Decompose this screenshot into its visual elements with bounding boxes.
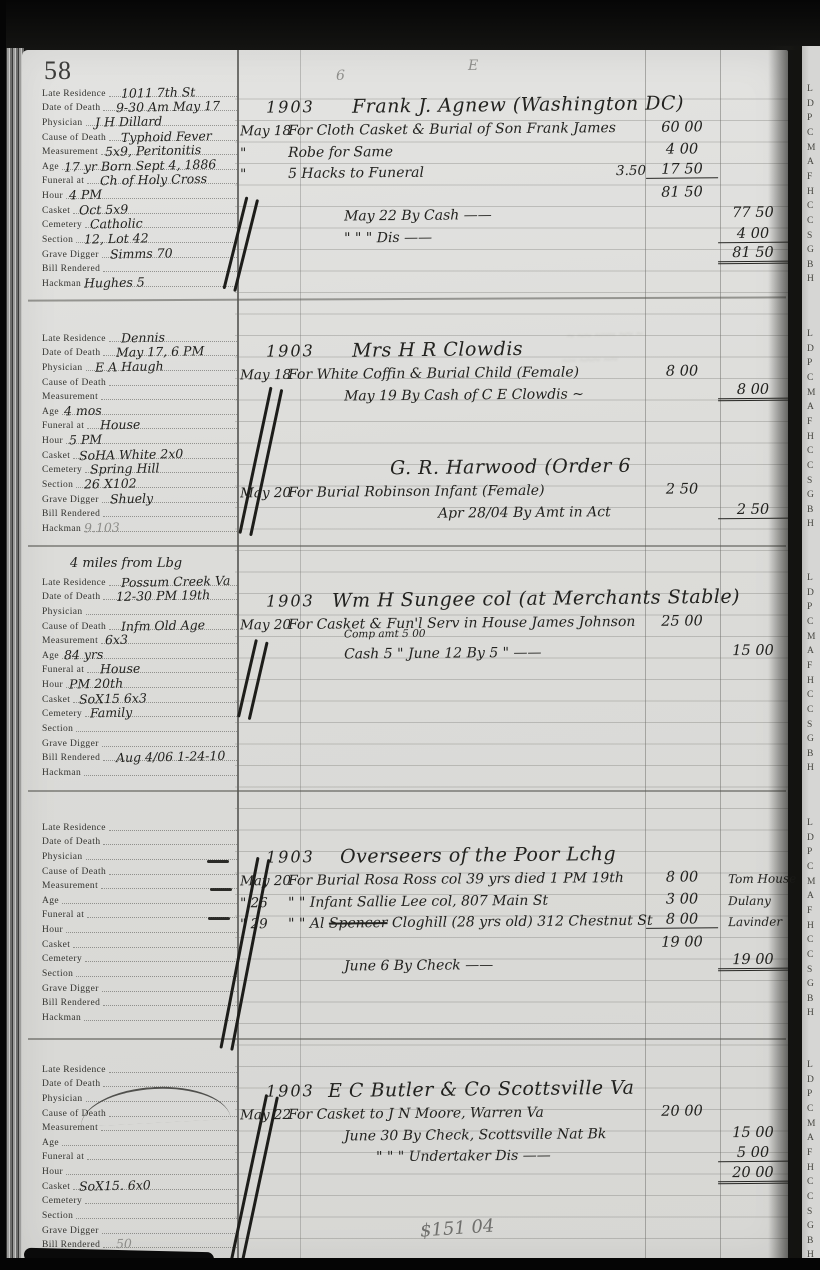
field-label: Hackman [42,768,81,778]
field-row: Late ResidencePossum Creek Va [42,573,238,588]
field-value-ink: Hughes 5 [84,274,145,290]
ledger-entry: 1903Overseers of the Poor LchgMay 20For … [240,838,788,973]
field-label: Bill Rendered [42,753,100,763]
field-row: CasketSoX15 6x3 [42,690,238,705]
amount-charged: 2 50 [646,481,718,498]
field-row: Physician [42,1089,238,1104]
next-page-label-letter: G [807,1221,814,1231]
field-value-ink: 6x3 [105,632,128,647]
next-page-label-letter: G [807,734,814,744]
field-row: Hackman [42,763,238,778]
field-label: Measurement [42,881,98,891]
line-description: May 19 By Cash of C E Clowdis ~ [288,385,608,404]
dotted-leader [109,96,237,97]
dotted-leader [86,614,237,615]
dotted-leader [101,888,237,889]
next-page-label-letter: C [807,690,813,700]
field-label: Hackman [42,279,81,289]
dotted-leader [103,1005,237,1006]
field-label: Measurement [42,147,98,157]
next-page-label-letter: C [807,1104,813,1114]
dotted-leader [85,227,237,228]
line-description: Apr 28/04 By Amt in Act [288,503,608,522]
record-field-column: Late ResidenceDate of DeathPhysicianCaus… [42,818,238,1023]
field-row: Funeral atHouse [42,417,238,432]
ledger-line: Apr 28/04 By Amt in Act2 50 [240,496,788,522]
dotted-leader [73,213,237,214]
field-row: Grave Digger [42,734,238,749]
field-label: Date of Death [42,1079,100,1089]
field-label: Casket [42,451,70,461]
next-page-label-letter: M [807,632,815,642]
field-label: Casket [42,940,70,950]
dotted-leader [103,110,237,111]
field-row: Cause of DeathInfm Old Age [42,617,238,632]
field-row: Measurement [42,1119,238,1134]
field-label: Cause of Death [42,378,106,388]
next-page-label-letter: D [807,344,814,354]
dotted-leader [87,1159,237,1160]
field-row: Hour [42,920,238,935]
amount-charged [646,1183,718,1184]
next-page-label-letter: A [807,402,814,412]
field-label: Cause of Death [42,622,106,632]
dotted-leader [76,976,237,977]
field-label: Late Residence [42,89,106,99]
amount-charged: 8 00 [646,911,718,929]
dotted-leader [103,271,237,272]
field-label: Grave Digger [42,1226,99,1236]
dotted-leader [101,643,237,644]
field-label: Section [42,1211,73,1221]
next-page-label-letter: C [807,935,813,945]
block-separator [28,545,786,547]
field-row: Cemetery [42,950,238,965]
entry-year: 1903 [266,847,315,867]
field-label: Physician [42,607,83,617]
book-gutter-shadow [768,46,802,1264]
ledger-scan: 58 6 E ~ ~~ ~~~ ~~ ~ ~~ ~~~ ~~ ~~ ~~ ~~~… [0,0,820,1270]
dotted-leader [73,458,237,459]
next-page-label-letter: C [807,128,813,138]
field-row: Funeral atCh of Holy Cross [42,172,238,187]
stray-pencil-mark: 6 [336,68,345,84]
field-row: Late Residence [42,818,238,833]
dotted-leader [86,125,237,126]
field-label: Physician [42,1094,83,1104]
next-page-label-letter: S [807,720,812,730]
field-row: Hour5 PM [42,431,238,446]
next-page-label-letter: C [807,446,813,456]
next-page-label-letter: C [807,705,813,715]
line-date: " [240,165,288,181]
ledger-entry: 1903Wm H Sungee col (at Merchants Stable… [240,582,788,660]
struck-word: Spencer [329,915,388,932]
next-page-label-letter: S [807,965,812,975]
dotted-leader [76,1218,237,1219]
next-page-label-letter: P [807,113,812,123]
field-row: Late Residence [42,1060,238,1075]
field-label: Physician [42,363,83,373]
amount-charged [646,658,718,659]
dotted-leader [103,1086,237,1087]
next-page-label-letter: C [807,373,813,383]
next-page-label-letter: F [807,1148,812,1158]
dotted-leader [62,658,237,659]
field-row: Measurement5x9, Peritonitis [42,143,238,158]
field-label: Grave Digger [42,495,99,505]
field-row: Bill Rendered [42,505,238,520]
next-page-label-letter: D [807,588,814,598]
stray-pencil-mark: E [468,58,478,74]
dotted-leader [103,355,237,356]
field-row: Age84 yrs [42,646,238,661]
dotted-leader [76,487,237,488]
field-row: CasketSoX15. 6x0 [42,1177,238,1192]
field-row: Age4 mos [42,402,238,417]
field-row: CemeteryFamily [42,705,238,720]
dotted-leader [103,844,237,845]
next-page-label-letter: B [807,505,813,515]
dotted-leader [103,1247,237,1248]
next-page-label-letter: L [807,329,813,339]
next-page-label-letter: C [807,1177,813,1187]
field-label: Hour [42,680,63,690]
next-page-label-letter: C [807,950,813,960]
dotted-leader [101,1130,237,1131]
field-row: Grave Digger [42,979,238,994]
field-row: Hackman9.103 [42,519,238,534]
field-row: Late ResidenceDennis [42,329,238,344]
field-row: Casket [42,935,238,950]
next-page-label-letter: C [807,216,813,226]
dotted-leader [109,1072,237,1073]
field-row: Section12, Lot 42 [42,230,238,245]
field-row: HourPM 20th [42,675,238,690]
dotted-leader [62,169,237,170]
ledger-line: 20 00 [240,1161,788,1187]
field-label: Grave Digger [42,250,99,260]
ledger-entry: G. R. Harwood (Order 6May 20For Burial R… [240,450,788,520]
scan-border-top [0,0,820,50]
dotted-leader [109,140,237,141]
dotted-leader [102,746,237,747]
next-page-label-letter: S [807,1207,812,1217]
dotted-leader [103,599,237,600]
field-value-ink: 5 PM [69,432,102,448]
field-row: Bill RenderedAug 4/06 1-24-10 [42,749,238,764]
dotted-leader [66,443,237,444]
amount-charged [646,400,718,401]
field-row: CasketOct 5x9 [42,201,238,216]
amount-charged: 17 50 [646,161,718,179]
ledger-line: May 19 By Cash of C E Clowdis ~8 00 [240,378,788,404]
field-label: Physician [42,852,83,862]
field-label: Section [42,235,73,245]
field-row: Measurement6x3 [42,632,238,647]
field-label: Cause of Death [42,1109,106,1119]
next-page-label-letter: L [807,573,813,583]
dotted-leader [84,286,237,287]
field-label: Bill Rendered [42,264,100,274]
dotted-leader [109,341,237,342]
next-page-label-letter: C [807,201,813,211]
scan-border-bottom [0,1258,820,1270]
field-row: Age [42,891,238,906]
dotted-leader [102,257,237,258]
field-row: Grave DiggerSimms 70 [42,245,238,260]
field-row: CemeteryCatholic [42,216,238,231]
ledger-line: 81 50 [240,242,788,268]
field-value-ink: 9.103 [84,520,120,536]
field-row: Cause of DeathTyphoid Fever [42,128,238,143]
field-row: CasketSoHA White 2x0 [42,446,238,461]
field-label: Casket [42,1182,70,1192]
field-label: Late Residence [42,334,106,344]
field-label: Cemetery [42,220,82,230]
field-label: Cause of Death [42,867,106,877]
field-label: Age [42,1138,59,1148]
dotted-leader [86,859,237,860]
field-label: Bill Rendered [42,998,100,1008]
field-row: Grave DiggerShuely [42,490,238,505]
field-row: PhysicianJ H Dillard [42,113,238,128]
amount-charged: 3 00 [646,890,718,907]
field-row: HackmanHughes 5 [42,274,238,289]
next-page-label-letter: H [807,1008,814,1018]
next-page-label-letter: B [807,1236,813,1246]
residence-note: 4 miles from Lbg [70,556,182,571]
entry-year: 1903 [266,591,315,611]
dotted-leader [73,947,237,948]
next-page-label-letter: D [807,99,814,109]
field-label: Funeral at [42,665,84,675]
field-row: Cemetery [42,1192,238,1207]
field-label: Date of Death [42,837,100,847]
next-page-label-letter: H [807,676,814,686]
entry-year: 1903 [266,1081,315,1101]
ledger-line: Cash 5 " June 12 By 5 " ——15 00 [240,636,788,662]
field-label: Grave Digger [42,739,99,749]
field-label: Date of Death [42,348,100,358]
block-separator [28,790,786,792]
line-date: May 18 [240,122,288,138]
field-label: Funeral at [42,421,84,431]
ledger-page: 58 6 E ~ ~~ ~~~ ~~ ~ ~~ ~~~ ~~ ~~ ~~ ~~~… [22,50,788,1262]
dotted-leader [109,830,237,831]
dotted-leader [76,731,237,732]
dotted-leader [87,428,237,429]
page-number: 58 [44,56,72,86]
field-row: Date of Death [42,1075,238,1090]
entry-year: 1903 [266,341,315,361]
dotted-leader [84,1020,237,1021]
field-label: Grave Digger [42,984,99,994]
record-field-column: Late Residence1011 7th StDate of Death9-… [42,84,238,289]
field-row: Section [42,1206,238,1221]
field-row: Physician [42,602,238,617]
field-row: Bill Rendered [42,994,238,1009]
dotted-leader [85,961,237,962]
dotted-leader [87,183,237,184]
field-row: Measurement [42,388,238,403]
field-label: Measurement [42,392,98,402]
next-page-label-letter: S [807,476,812,486]
field-label: Hour [42,436,63,446]
next-page-label-letter: H [807,274,814,284]
field-label: Cemetery [42,465,82,475]
field-row: Hour [42,1162,238,1177]
field-row: Date of DeathMay 17, 6 PM [42,344,238,359]
field-row: Physician [42,847,238,862]
dotted-leader [87,672,237,673]
ledger-entry: 1903E C Butler & Co Scottsville VaMay 22… [240,1072,788,1185]
dotted-leader [86,370,237,371]
dotted-leader [109,1116,237,1117]
next-page-label-letter: C [807,617,813,627]
block-separator [28,1038,786,1040]
field-label: Cause of Death [42,133,106,143]
amount-charged: 60 00 [646,119,718,136]
field-row: Age [42,1133,238,1148]
field-row: PhysicianE A Haugh [42,358,238,373]
field-label: Late Residence [42,1065,106,1075]
next-page-label-letter: G [807,979,814,989]
field-label: Funeral at [42,910,84,920]
entry-name: Mrs H R Clowdis [352,338,523,362]
field-label: Cemetery [42,1196,82,1206]
dotted-leader [109,385,237,386]
field-label: Funeral at [42,1152,84,1162]
line-rate: 3.50 [608,162,646,178]
field-row: Hackman [42,1008,238,1023]
dotted-leader [85,716,237,717]
field-label: Late Residence [42,578,106,588]
next-page-label-letter: L [807,818,813,828]
field-row: Cause of Death [42,373,238,388]
dotted-leader [103,760,237,761]
field-row: Measurement [42,877,238,892]
dotted-leader [102,991,237,992]
dotted-leader [62,1145,237,1146]
field-label: Casket [42,206,70,216]
field-label: Section [42,724,73,734]
field-label: Age [42,896,59,906]
next-page-label-letter: H [807,187,814,197]
next-page-label-letter: P [807,358,812,368]
next-page-label-letter: M [807,388,815,398]
field-row: Cause of Death [42,1104,238,1119]
next-page-label-letter: A [807,891,814,901]
next-page-label-letter: P [807,1089,812,1099]
dotted-leader [66,932,237,933]
field-label: Age [42,651,59,661]
dotted-leader [66,1174,237,1175]
next-page-label-letter: L [807,1060,813,1070]
next-page-label-letter: A [807,646,814,656]
record-field-column: Late ResidenceDate of DeathPhysicianCaus… [42,1060,238,1265]
line-description: June 6 By Check —— [288,956,608,975]
next-page-label-letter: G [807,490,814,500]
field-row: Cause of Death [42,862,238,877]
record-field-column: 4 miles from LbgLate ResidencePossum Cre… [42,573,238,778]
next-page-label-letter: F [807,417,812,427]
ledger-entry: 1903Mrs H R ClowdisMay 18For White Coffi… [240,332,788,402]
field-label: Section [42,969,73,979]
amount-charged: 4 00 [646,140,718,157]
field-label: Cemetery [42,709,82,719]
dotted-leader [109,629,237,630]
dotted-leader [66,687,237,688]
field-row: Grave Digger [42,1221,238,1236]
entry-year: 1903 [266,97,315,117]
field-row: Date of Death12-30 PM 19th [42,588,238,603]
field-row: Late Residence1011 7th St [42,84,238,99]
field-row: Funeral at [42,1148,238,1163]
field-row: Date of Death [42,833,238,848]
field-label: Cemetery [42,954,82,964]
field-label: Measurement [42,636,98,646]
field-value-ink: 4 PM [69,187,102,203]
next-page-label-letter: H [807,432,814,442]
next-page-label-letter: S [807,231,812,241]
field-row: Section [42,964,238,979]
amount-charged [646,518,718,519]
next-page-label-letter: G [807,245,814,255]
dotted-leader [76,242,237,243]
field-label: Casket [42,695,70,705]
ledger-line: June 6 By Check ——19 00 [240,949,788,975]
record-field-column: Late ResidenceDennisDate of DeathMay 17,… [42,329,238,534]
field-label: Hour [42,1167,63,1177]
field-label: Bill Rendered [42,509,100,519]
next-page-label-letter: C [807,461,813,471]
dotted-leader [102,1233,237,1234]
next-page-label-letter: A [807,1133,814,1143]
next-page-label-letter: F [807,172,812,182]
dotted-leader [62,903,237,904]
next-page-label-letter: B [807,994,813,1004]
next-page-label-letter: H [807,1163,814,1173]
next-page-label-letter: M [807,143,815,153]
amount-charged: 81 50 [646,183,718,200]
field-row: CemeterySpring Hill [42,461,238,476]
field-label: Date of Death [42,592,100,602]
amount-charged: 19 00 [646,933,718,950]
next-page-label-letter: F [807,661,812,671]
next-page-label-letter: P [807,847,812,857]
field-row: Date of Death9-30 Am May 17 [42,99,238,114]
amount-charged: 20 00 [646,1103,718,1120]
next-page-label-letter: F [807,906,812,916]
field-row: Bill Rendered [42,260,238,275]
field-label: Physician [42,118,83,128]
line-date: May 18 [240,366,288,382]
field-label: Hour [42,191,63,201]
next-page-label-letter: L [807,84,813,94]
next-page-label-letter: M [807,877,815,887]
field-label: Section [42,480,73,490]
dotted-leader [66,198,237,199]
amount-charged: 8 00 [646,363,718,380]
field-label: Age [42,162,59,172]
field-label: Age [42,407,59,417]
next-page-edge: LDPCMAFHCCSGBHLDPCMAFHCCSGBHLDPCMAFHCCSG… [802,46,820,1264]
line-description: Cash 5 " June 12 By 5 " —— [288,643,608,662]
field-label: Late Residence [42,823,106,833]
field-label: Hour [42,925,63,935]
field-row: Funeral at [42,906,238,921]
